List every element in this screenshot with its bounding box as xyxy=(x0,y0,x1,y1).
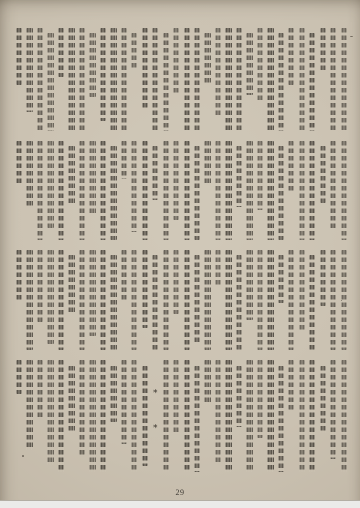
text-column xyxy=(173,141,179,240)
greeked-text xyxy=(58,28,64,77)
text-column xyxy=(309,28,315,131)
text-band xyxy=(16,28,347,131)
text-column xyxy=(110,141,116,240)
text-column xyxy=(299,360,305,472)
greeked-text xyxy=(330,28,336,131)
greeked-text xyxy=(79,141,85,240)
greeked-text xyxy=(100,250,106,350)
greeked-text xyxy=(236,28,242,131)
greeked-text xyxy=(320,366,326,433)
greeked-text xyxy=(225,141,231,240)
text-column xyxy=(16,141,22,240)
greeked-text xyxy=(288,141,294,191)
greeked-text xyxy=(142,28,148,108)
text-column xyxy=(142,28,148,131)
greeked-text xyxy=(225,360,231,472)
greeked-text xyxy=(152,255,158,350)
text-column xyxy=(341,360,347,472)
text-column xyxy=(121,28,127,131)
greeked-text xyxy=(257,141,263,210)
greeked-text xyxy=(204,33,210,85)
greeked-text xyxy=(236,146,242,207)
text-column xyxy=(121,141,127,240)
text-column xyxy=(26,360,32,472)
text-column xyxy=(121,250,127,350)
greeked-text xyxy=(246,33,252,95)
asterisk-divider-mark: * xyxy=(153,425,158,434)
text-column xyxy=(225,250,231,350)
text-column xyxy=(100,28,106,131)
greeked-text xyxy=(257,360,263,438)
greeked-text xyxy=(16,360,22,394)
text-column xyxy=(204,360,210,472)
text-column xyxy=(204,250,210,350)
greeked-text xyxy=(47,360,53,465)
greeked-text xyxy=(204,141,210,185)
greeked-text xyxy=(142,366,148,467)
text-column xyxy=(131,360,137,472)
greeked-text xyxy=(267,250,273,350)
greeked-text xyxy=(131,250,137,350)
text-column xyxy=(288,250,294,350)
greeked-text xyxy=(246,360,252,472)
text-column xyxy=(173,250,179,350)
text-column xyxy=(194,360,200,472)
text-column xyxy=(142,141,148,240)
text-column xyxy=(37,360,43,472)
text-column xyxy=(142,360,148,472)
greeked-text xyxy=(330,250,336,350)
text-column xyxy=(257,141,263,240)
text-column xyxy=(278,28,284,131)
greeked-text xyxy=(278,255,284,303)
text-column xyxy=(47,360,53,472)
greeked-text xyxy=(110,146,116,240)
text-column xyxy=(100,141,106,240)
greeked-text xyxy=(16,28,22,85)
greeked-text xyxy=(47,33,53,131)
text-column xyxy=(204,28,210,131)
text-column xyxy=(204,141,210,240)
section-divider: ** xyxy=(152,360,158,472)
text-column xyxy=(215,360,221,472)
greeked-text xyxy=(299,360,305,472)
greeked-text xyxy=(89,360,95,472)
asterisk-divider-mark: * xyxy=(153,389,158,398)
text-column xyxy=(47,28,53,131)
greeked-text xyxy=(184,250,190,350)
text-column xyxy=(341,141,347,240)
text-column xyxy=(215,28,221,131)
text-column xyxy=(278,141,284,240)
greeked-text xyxy=(257,250,263,350)
text-column xyxy=(288,360,294,472)
greeked-text xyxy=(142,250,148,328)
text-column xyxy=(142,250,148,350)
greeked-text xyxy=(173,28,179,95)
greeked-text xyxy=(131,33,137,69)
text-column xyxy=(47,141,53,240)
text-column xyxy=(236,250,242,350)
greeked-text xyxy=(288,28,294,85)
text-column xyxy=(225,141,231,240)
greeked-text xyxy=(184,360,190,472)
text-column xyxy=(341,28,347,131)
text-column xyxy=(215,250,221,350)
greeked-text xyxy=(330,360,336,459)
greeked-text xyxy=(89,141,95,214)
text-column xyxy=(131,250,137,350)
text-column xyxy=(173,28,179,131)
text-column xyxy=(236,360,242,472)
greeked-text xyxy=(225,250,231,350)
text-column xyxy=(79,28,85,131)
greeked-text xyxy=(173,360,179,434)
greeked-text xyxy=(68,28,74,131)
text-column xyxy=(68,360,74,472)
text-column xyxy=(184,28,190,131)
text-column xyxy=(37,250,43,350)
greeked-text xyxy=(68,366,74,433)
greeked-text xyxy=(204,360,210,405)
greeked-text xyxy=(320,250,326,306)
greeked-text xyxy=(110,255,116,350)
greeked-text xyxy=(79,28,85,131)
greeked-text xyxy=(320,28,326,71)
text-column xyxy=(37,141,43,240)
text-column xyxy=(267,141,273,240)
greeked-text xyxy=(204,250,210,350)
text-column xyxy=(267,250,273,350)
greeked-text xyxy=(37,250,43,322)
greeked-text xyxy=(299,141,305,240)
text-column xyxy=(257,28,263,131)
greeked-text xyxy=(225,28,231,131)
text-column xyxy=(320,250,326,350)
greeked-text xyxy=(299,28,305,131)
greeked-text xyxy=(163,33,169,131)
text-band: ** xyxy=(16,360,347,472)
text-column xyxy=(330,250,336,350)
greeked-text xyxy=(330,141,336,230)
text-column xyxy=(257,360,263,472)
greeked-text xyxy=(309,255,315,350)
text-column xyxy=(152,28,158,131)
text-column xyxy=(309,360,315,472)
text-column xyxy=(330,360,336,472)
greeked-text xyxy=(58,141,64,240)
greeked-text xyxy=(184,28,190,131)
text-column xyxy=(16,250,22,350)
greeked-text xyxy=(68,255,74,315)
text-column xyxy=(110,250,116,350)
text-column xyxy=(79,250,85,350)
greeked-text xyxy=(299,250,305,332)
greeked-text xyxy=(309,360,315,472)
text-column xyxy=(89,360,95,472)
greeked-text xyxy=(26,250,32,350)
greeked-text xyxy=(278,366,284,472)
text-column xyxy=(236,141,242,240)
greeked-text xyxy=(47,141,53,228)
text-band xyxy=(16,250,347,350)
text-column xyxy=(58,360,64,472)
text-column xyxy=(184,141,190,240)
text-column xyxy=(225,28,231,131)
text-band xyxy=(16,141,347,240)
greeked-text xyxy=(236,366,242,428)
text-column xyxy=(110,28,116,131)
greeked-text xyxy=(194,146,200,240)
text-column xyxy=(58,141,64,240)
text-column xyxy=(299,250,305,350)
text-column xyxy=(194,250,200,350)
text-column xyxy=(299,141,305,240)
scan-bottom-edge xyxy=(0,500,360,508)
greeked-text xyxy=(194,255,200,345)
text-column xyxy=(246,360,252,472)
text-column xyxy=(89,141,95,240)
text-column xyxy=(184,360,190,472)
text-column xyxy=(330,28,336,131)
text-column xyxy=(320,360,326,472)
text-column xyxy=(184,250,190,350)
greeked-text xyxy=(89,250,95,336)
scan-speck xyxy=(350,36,353,37)
greeked-text xyxy=(288,250,294,350)
text-column xyxy=(194,141,200,240)
greeked-text xyxy=(100,360,106,472)
greeked-text xyxy=(37,28,43,131)
text-column xyxy=(288,141,294,240)
greeked-text xyxy=(278,33,284,131)
text-column xyxy=(100,250,106,350)
text-column xyxy=(152,141,158,240)
text-column xyxy=(278,250,284,350)
text-column xyxy=(58,250,64,350)
greeked-text xyxy=(89,33,95,97)
greeked-text xyxy=(309,33,315,131)
greeked-text xyxy=(194,366,200,472)
text-column xyxy=(246,250,252,350)
greeked-text xyxy=(37,360,43,418)
greeked-text xyxy=(267,28,273,131)
text-column xyxy=(246,141,252,240)
text-column xyxy=(267,360,273,472)
greeked-text xyxy=(58,250,64,350)
text-column xyxy=(68,250,74,350)
greeked-text xyxy=(163,360,169,472)
text-column xyxy=(163,28,169,131)
text-column xyxy=(58,28,64,131)
greeked-text xyxy=(320,146,326,203)
text-column xyxy=(267,28,273,131)
greeked-text xyxy=(26,141,32,206)
greeked-text xyxy=(246,250,252,320)
text-column xyxy=(309,250,315,350)
text-column xyxy=(79,360,85,472)
greeked-text xyxy=(121,360,127,444)
text-column xyxy=(299,28,305,131)
text-column xyxy=(152,250,158,350)
text-column xyxy=(246,28,252,131)
greeked-text xyxy=(236,255,242,350)
text-column xyxy=(278,360,284,472)
greeked-text xyxy=(215,250,221,286)
greeked-text xyxy=(309,141,315,240)
text-column xyxy=(47,250,53,350)
text-column xyxy=(16,28,22,131)
text-column xyxy=(26,250,32,350)
text-column xyxy=(215,141,221,240)
text-column xyxy=(163,360,169,472)
greeked-text xyxy=(341,28,347,131)
greeked-text xyxy=(215,141,221,240)
text-column xyxy=(309,141,315,240)
greeked-text xyxy=(142,141,148,240)
greeked-text xyxy=(100,141,106,240)
greeked-text xyxy=(267,360,273,472)
text-column xyxy=(89,28,95,131)
text-column xyxy=(79,141,85,240)
greeked-text xyxy=(288,360,294,410)
greeked-text xyxy=(163,141,169,240)
page-number: 29 xyxy=(0,488,360,497)
greeked-text xyxy=(16,141,22,186)
greeked-text xyxy=(215,360,221,463)
greeked-text xyxy=(121,250,127,302)
greeked-text xyxy=(341,141,347,240)
greeked-text xyxy=(163,250,169,350)
greeked-text xyxy=(257,28,263,102)
greeked-text xyxy=(37,141,43,240)
scanned-page: ** 29 xyxy=(0,0,360,508)
text-column xyxy=(131,141,137,240)
greeked-text xyxy=(58,360,64,472)
greeked-text xyxy=(110,28,116,131)
text-column xyxy=(225,360,231,472)
greeked-text xyxy=(16,250,22,300)
greeked-text xyxy=(341,360,347,472)
text-column xyxy=(320,28,326,131)
text-column xyxy=(100,360,106,472)
greeked-text xyxy=(110,366,116,422)
scan-speck xyxy=(22,455,24,457)
text-column xyxy=(257,250,263,350)
text-column xyxy=(288,28,294,131)
text-column xyxy=(163,141,169,240)
greeked-text xyxy=(215,28,221,116)
greeked-text xyxy=(173,141,179,220)
greeked-text xyxy=(173,250,179,314)
text-column xyxy=(68,141,74,240)
text-column xyxy=(110,360,116,472)
greeked-text xyxy=(79,360,85,455)
text-column xyxy=(330,141,336,240)
text-column xyxy=(131,28,137,131)
text-column xyxy=(37,28,43,131)
text-column xyxy=(26,28,32,131)
greeked-text xyxy=(100,28,106,121)
text-column xyxy=(236,28,242,131)
greeked-text xyxy=(194,28,200,131)
greeked-text xyxy=(278,146,284,240)
greeked-text xyxy=(131,360,137,472)
greeked-text xyxy=(267,141,273,240)
greeked-text xyxy=(68,146,74,205)
text-column xyxy=(320,141,326,240)
text-column xyxy=(173,360,179,472)
text-column xyxy=(194,28,200,131)
greeked-text xyxy=(79,250,85,350)
greeked-text xyxy=(131,141,137,232)
text-column xyxy=(68,28,74,131)
text-column xyxy=(26,141,32,240)
greeked-text xyxy=(121,141,127,179)
greeked-text xyxy=(246,141,252,240)
greeked-text xyxy=(121,28,127,131)
text-column xyxy=(89,250,95,350)
text-column xyxy=(121,360,127,472)
greeked-text xyxy=(47,250,53,344)
greeked-text xyxy=(184,141,190,240)
greeked-text xyxy=(152,28,158,131)
text-column xyxy=(163,250,169,350)
greeked-text xyxy=(26,28,32,112)
greeked-text xyxy=(26,360,32,450)
greeked-text xyxy=(152,146,158,200)
